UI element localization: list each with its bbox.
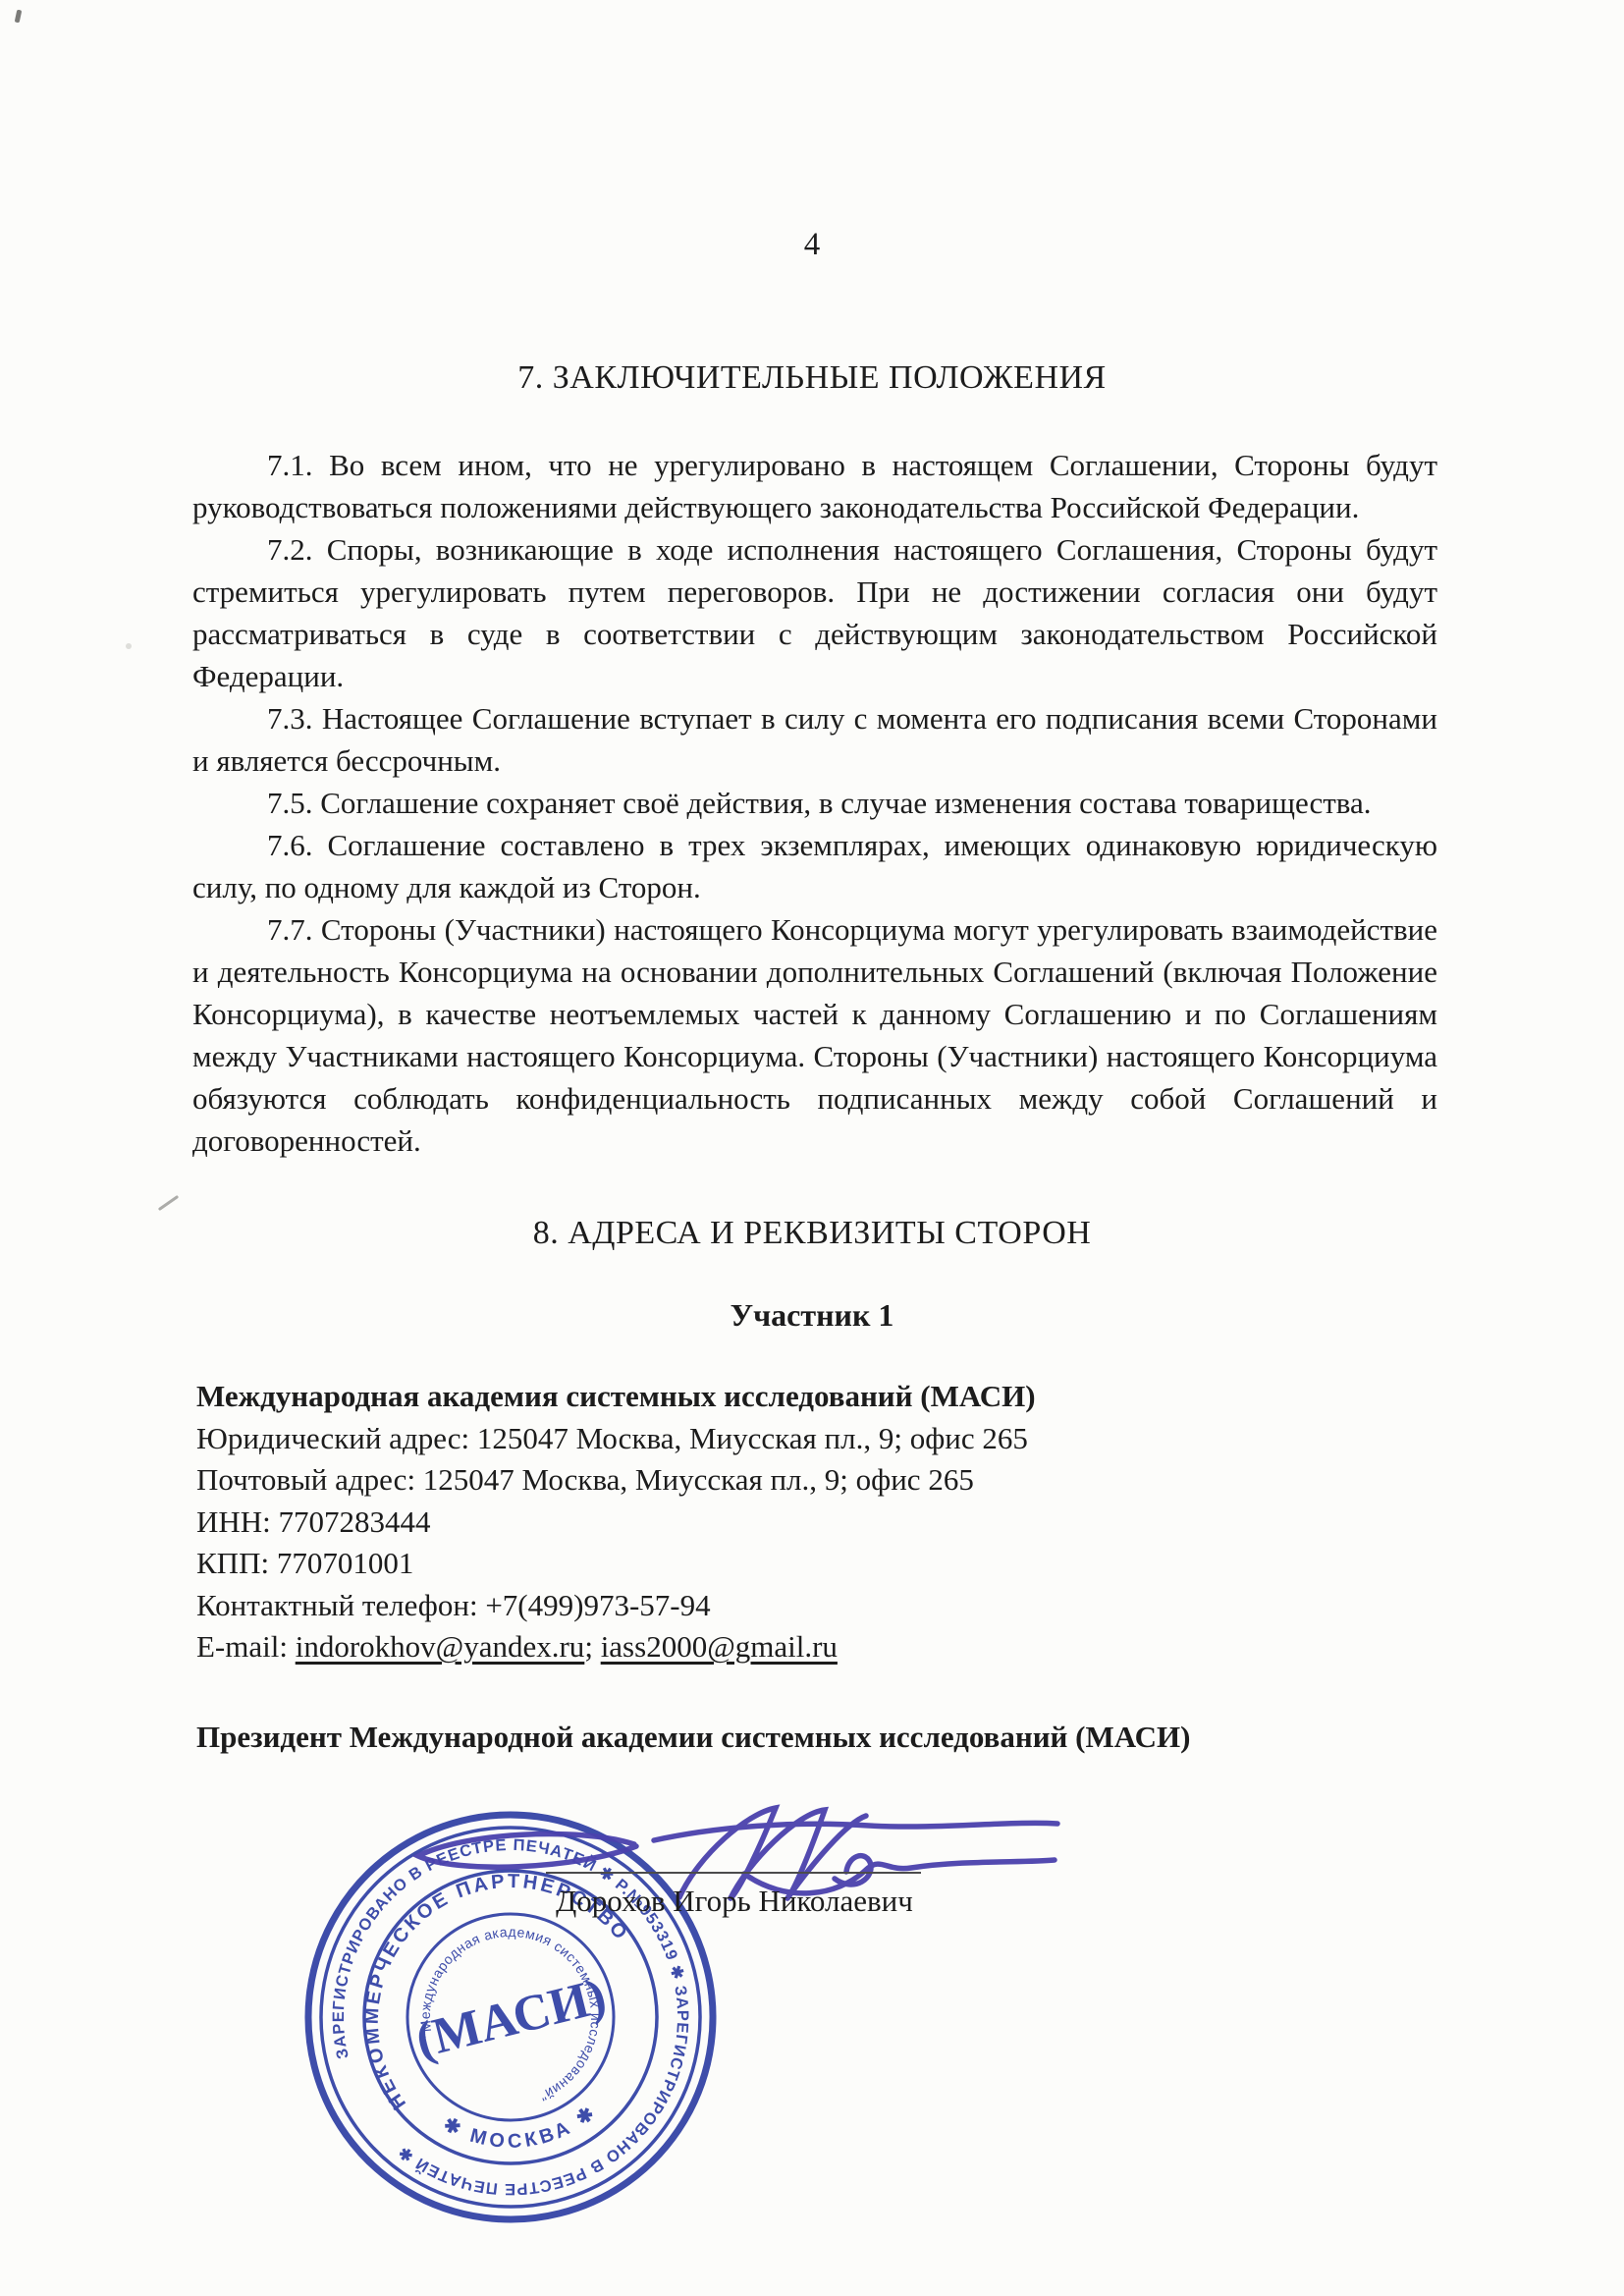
email-label: E-mail: [196,1629,296,1664]
phone-line: Контактный телефон: +7(499)973-57-94 [196,1585,1473,1627]
participant-1-details: Международная академия системных исследо… [196,1376,1473,1668]
document-page: 4 7. ЗАКЛЮЧИТЕЛЬНЫЕ ПОЛОЖЕНИЯ 7.1. Во вс… [0,0,1624,2296]
organization-name: Международная академия системных исследо… [196,1376,1473,1418]
paragraph-7-1: 7.1. Во всем ином, что не урегулировано … [192,444,1437,528]
inn-line: ИНН: 7707283444 [196,1502,1473,1544]
paragraph-7-3: 7.3. Настоящее Соглашение вступает в сил… [192,697,1437,782]
postal-address-line: Почтовый адрес: 125047 Москва, Миусская … [196,1459,1473,1502]
page-number: 4 [0,227,1624,263]
scan-speck [15,10,23,24]
participant-1-heading: Участник 1 [0,1297,1624,1334]
email-line: E-mail: indorokhov@yandex.ru; iass2000@g… [196,1626,1473,1668]
paragraph-7-2: 7.2. Споры, возникающие в ходе исполнени… [192,528,1437,697]
paragraph-7-7: 7.7. Стороны (Участники) настоящего Конс… [192,908,1437,1162]
kpp-line: КПП: 770701001 [196,1543,1473,1585]
pen-tick-mark [158,1195,179,1211]
signature-line [546,1872,921,1874]
section-7-heading: 7. ЗАКЛЮЧИТЕЛЬНЫЕ ПОЛОЖЕНИЯ [0,359,1624,397]
email-address-1: indorokhov@yandex.ru [296,1629,585,1664]
final-provisions-paragraphs: 7.1. Во всем ином, что не урегулировано … [192,444,1437,1162]
section-8-heading: 8. АДРЕСА И РЕКВИЗИТЫ СТОРОН [0,1215,1624,1252]
signer-name: Дорохов Игорь Николаевич [538,1884,931,1919]
email-address-2: iass2000@gmail.ru [601,1629,838,1664]
president-title-line: Президент Международной академии системн… [196,1720,1522,1755]
paragraph-7-5: 7.5. Соглашение сохраняет своё действия,… [192,782,1437,824]
email-separator: ; [584,1629,600,1664]
paragraph-7-6: 7.6. Соглашение составлено в трех экземп… [192,824,1437,908]
legal-address-line: Юридический адрес: 125047 Москва, Миусск… [196,1418,1473,1460]
scan-smudge [126,643,132,649]
